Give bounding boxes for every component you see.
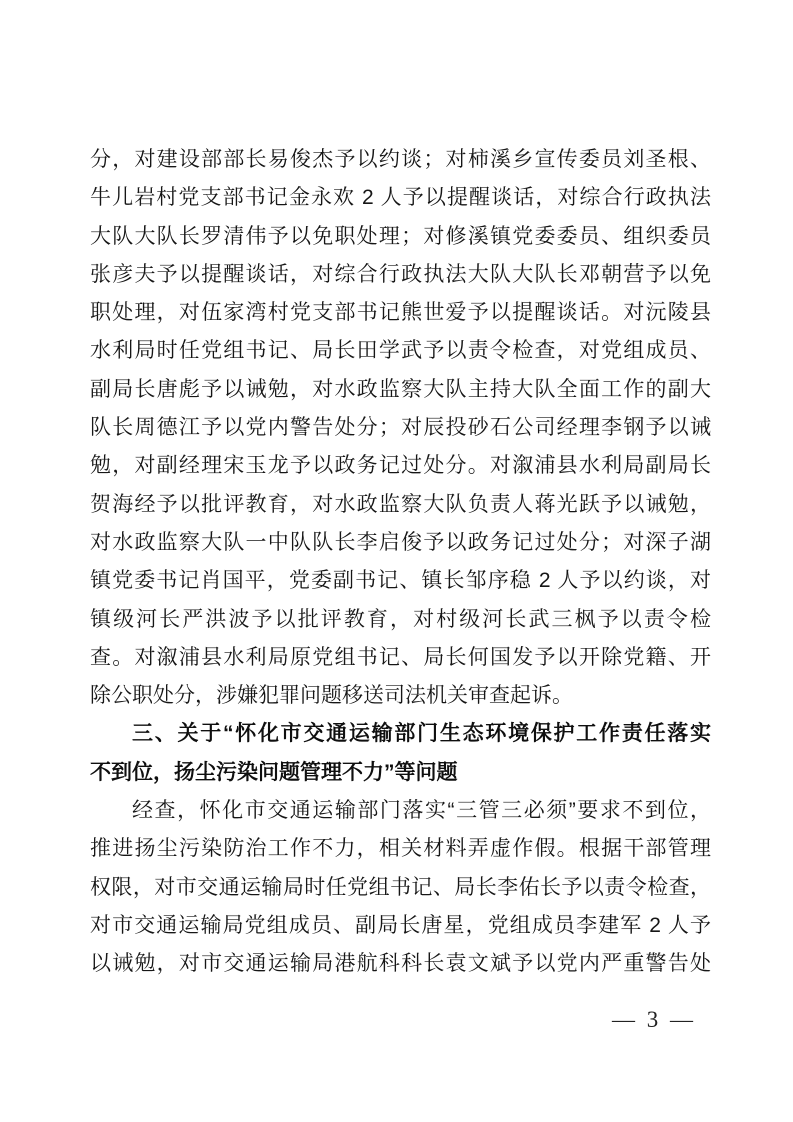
body-line: 勉，对副经理宋玉龙予以政务记过处分。对溆浦县水利局副局长 bbox=[90, 447, 711, 485]
paragraph-section-3-body: 经查，怀化市交通运输部门落实“三管三必须”要求不到位， 推进扬尘污染防治工作不力… bbox=[90, 792, 711, 983]
body-line: 除公职处分，涉嫌犯罪问题移送司法机关审查起诉。 bbox=[90, 677, 711, 715]
body-line: 队长周德江予以党内警告处分；对辰投砂石公司经理李钢予以诫 bbox=[90, 409, 711, 447]
body-line: 牛儿岩村党支部书记金永欢 2 人予以提醒谈话，对综合行政执法 bbox=[90, 179, 711, 217]
document-body: 分，对建设部部长易俊杰予以约谈；对柿溪乡宣传委员刘圣根、 牛儿岩村党支部书记金永… bbox=[90, 141, 711, 984]
body-line: 镇党委书记肖国平，党委副书记、镇长邹序稳 2 人予以约谈，对 bbox=[90, 562, 711, 600]
body-line: 分，对建设部部长易俊杰予以约谈；对柿溪乡宣传委员刘圣根、 bbox=[90, 141, 711, 179]
body-line: 推进扬尘污染防治工作不力，相关材料弄虚作假。根据干部管理 bbox=[90, 830, 711, 868]
paragraph-continuation: 分，对建设部部长易俊杰予以约谈；对柿溪乡宣传委员刘圣根、 牛儿岩村党支部书记金永… bbox=[90, 141, 711, 715]
section-3-heading: 三、关于“怀化市交通运输部门生态环境保护工作责任落实 不到位，扬尘污染问题管理不… bbox=[90, 715, 711, 792]
body-line: 权限，对市交通运输局时任党组书记、局长李佑长予以责令检查， bbox=[90, 869, 711, 907]
body-line: 查。对溆浦县水利局原党组书记、局长何国发予以开除党籍、开 bbox=[90, 639, 711, 677]
section-heading-line: 三、关于“怀化市交通运输部门生态环境保护工作责任落实 bbox=[90, 715, 711, 753]
body-line: 张彦夫予以提醒谈话，对综合行政执法大队大队长邓朝营予以免 bbox=[90, 256, 711, 294]
body-line: 副局长唐彪予以诫勉，对水政监察大队主持大队全面工作的副大 bbox=[90, 371, 711, 409]
section-heading-line: 不到位，扬尘污染问题管理不力”等问题 bbox=[90, 754, 711, 792]
body-line: 贺海经予以批评教育，对水政监察大队负责人蒋光跃予以诫勉， bbox=[90, 486, 711, 524]
body-line: 经查，怀化市交通运输部门落实“三管三必须”要求不到位， bbox=[90, 792, 711, 830]
body-line: 水利局时任党组书记、局长田学武予以责令检查，对党组成员、 bbox=[90, 332, 711, 370]
body-line: 职处理，对伍家湾村党支部书记熊世爱予以提醒谈话。对沅陵县 bbox=[90, 294, 711, 332]
body-line: 大队大队长罗清伟予以免职处理；对修溪镇党委委员、组织委员 bbox=[90, 218, 711, 256]
body-line: 对水政监察大队一中队队长李启俊予以政务记过处分；对深子湖 bbox=[90, 524, 711, 562]
page-number: — 3 — bbox=[612, 1007, 696, 1033]
body-line: 镇级河长严洪波予以批评教育，对村级河长武三枫予以责令检 bbox=[90, 601, 711, 639]
body-line: 对市交通运输局党组成员、副局长唐星，党组成员李建军 2 人予 bbox=[90, 907, 711, 945]
document-page: 分，对建设部部长易俊杰予以约谈；对柿溪乡宣传委员刘圣根、 牛儿岩村党支部书记金永… bbox=[0, 0, 793, 1122]
body-line: 以诫勉，对市交通运输局港航科科长袁文斌予以党内严重警告处 bbox=[90, 945, 711, 983]
